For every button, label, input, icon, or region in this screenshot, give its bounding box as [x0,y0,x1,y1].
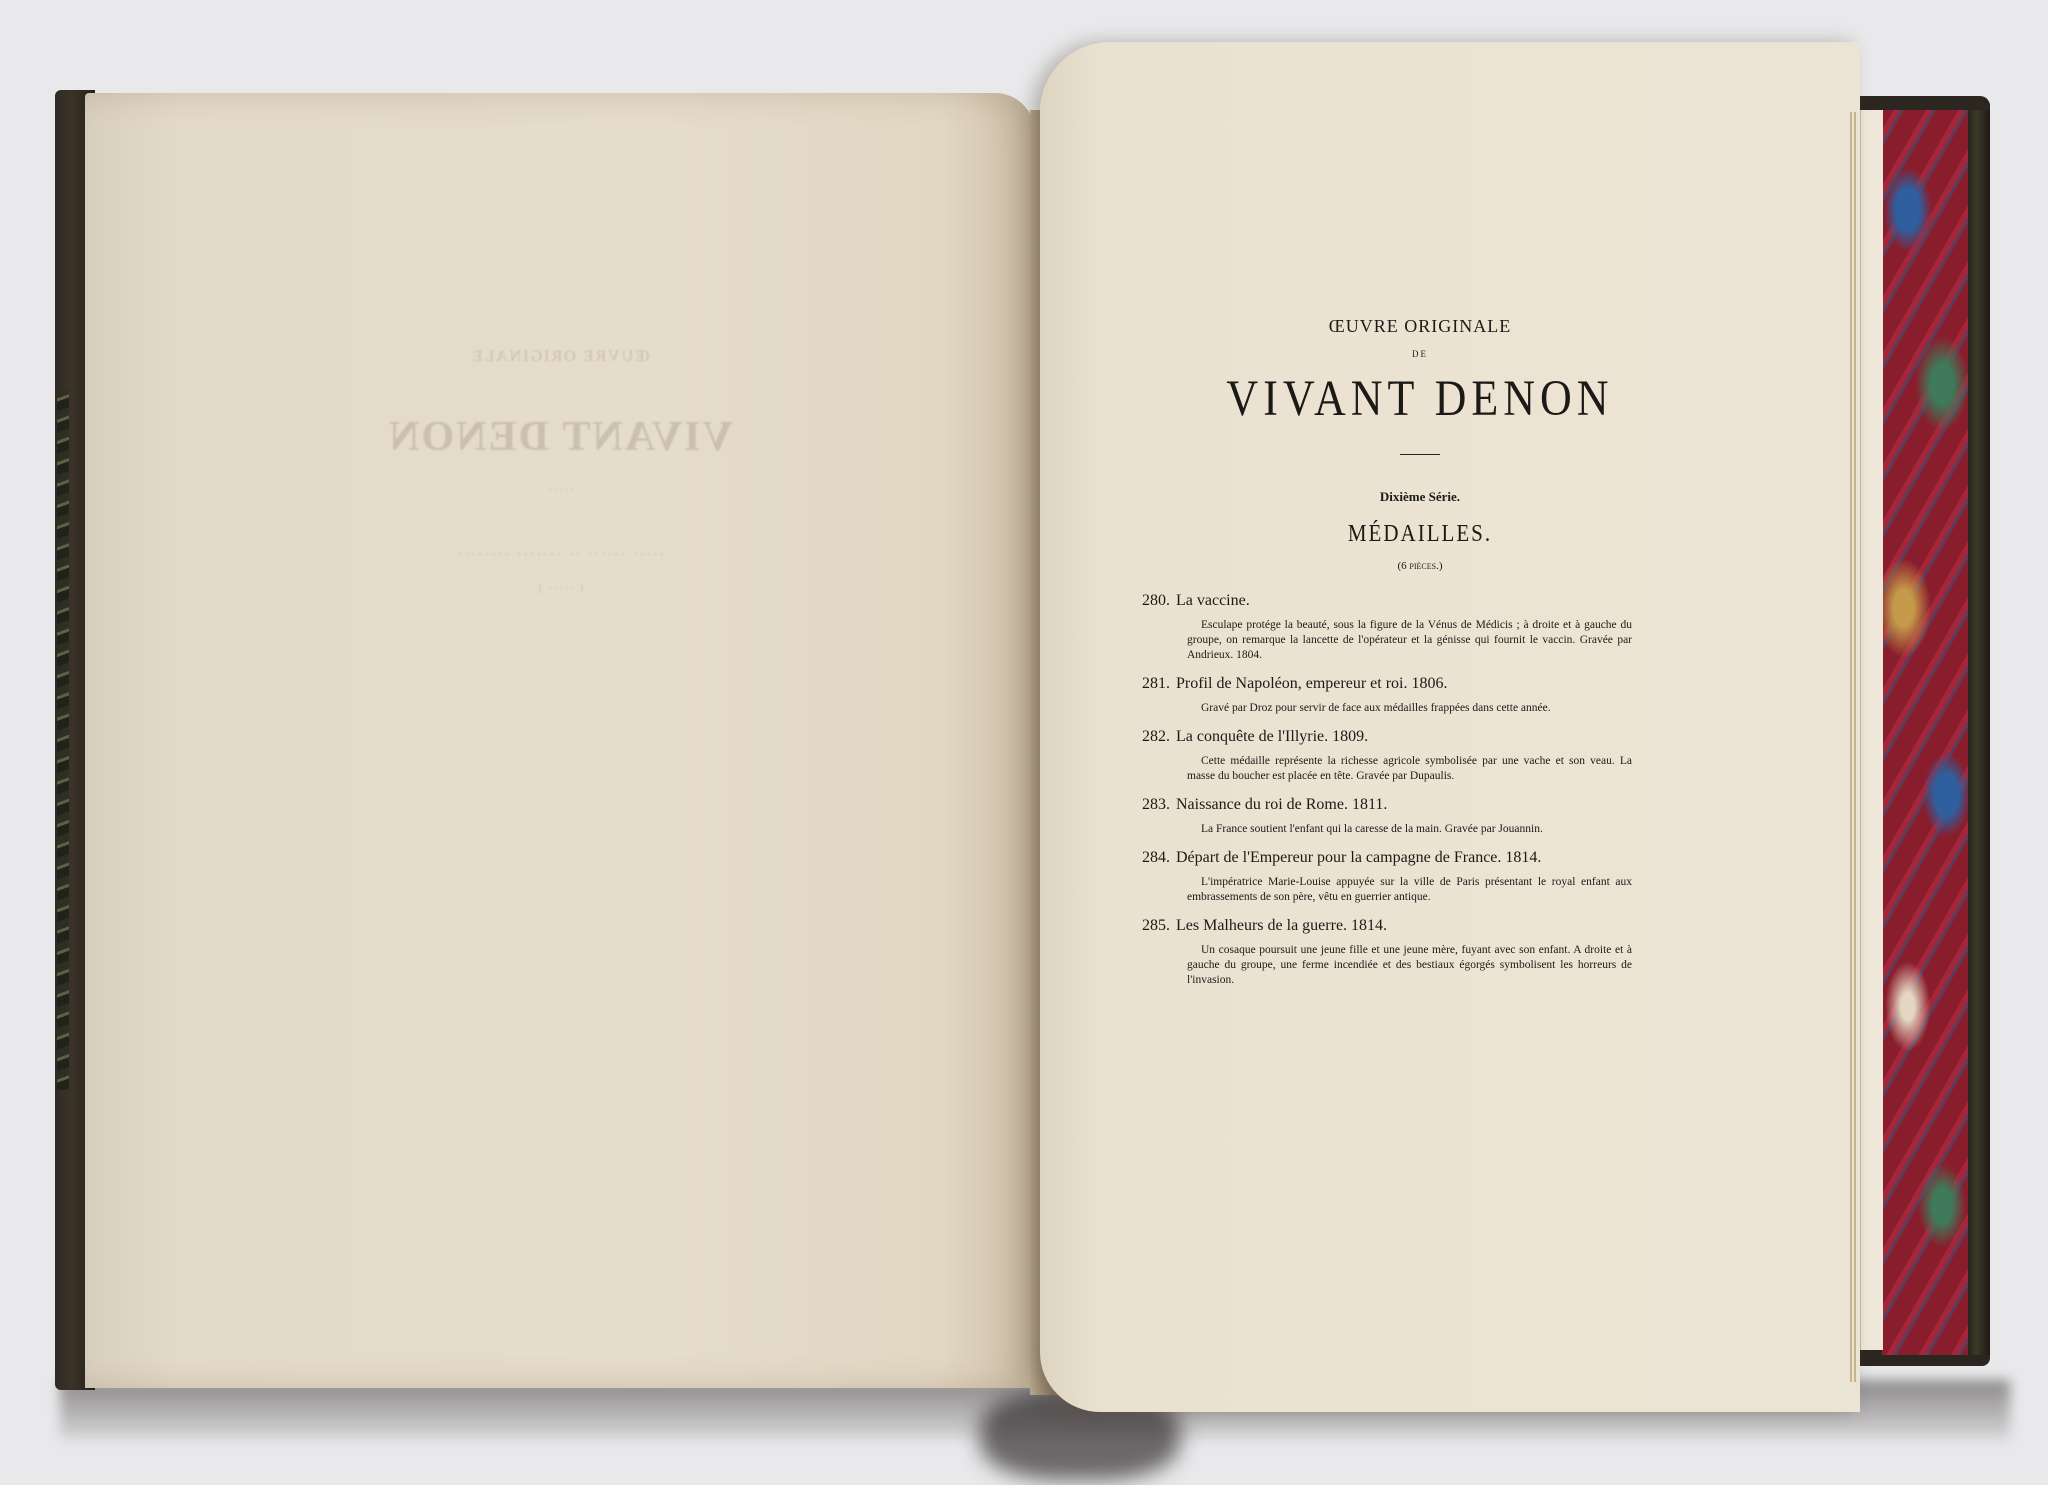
title-connector: DE [1200,349,1640,359]
catalogue-entries: 280.La vaccine. Esculape protége la beau… [1142,592,1632,1000]
page-title: VIVANT DENON [1200,369,1640,428]
left-page: ŒUVRE ORIGINALE VIVANT DENON ····· ·····… [85,93,1035,1388]
entry-number: 281. [1142,675,1170,692]
show-through-line: VIVANT DENON [85,413,1035,461]
entry-description: Cette médaille représente la richesse ag… [1142,754,1632,784]
entry-title: Naissance du roi de Rome. 1811. [1176,796,1387,813]
entry-description: La France soutient l'enfant qui la cares… [1142,822,1632,837]
entry-number: 280. [1142,592,1170,609]
entry-number: 285. [1142,917,1170,934]
title-divider [1400,454,1440,455]
entry-title: Profil de Napoléon, empereur et roi. 180… [1176,675,1447,692]
show-through-line: ( ····· ) [85,583,1035,594]
show-through-line: ····· [85,485,1035,496]
entry-title: Les Malheurs de la guerre. 1814. [1176,917,1387,934]
catalogue-entry: 282.La conquête de l'Illyrie. 1809. Cett… [1142,728,1632,784]
section-heading: MÉDAILLES. [1200,519,1640,548]
catalogue-entry: 280.La vaccine. Esculape protége la beau… [1142,592,1632,663]
series-heading: Dixième Série. [1200,489,1640,505]
show-through-line: ŒUVRE ORIGINALE [85,348,1035,366]
entry-number: 283. [1142,796,1170,813]
page-stack-edge [1860,110,1883,1350]
catalogue-entry: 283.Naissance du roi de Rome. 1811. La F… [1142,796,1632,837]
page-header: ŒUVRE ORIGINALE DE VIVANT DENON Dixième … [1140,316,1640,572]
entry-description: Gravé par Droz pour servir de face aux m… [1142,701,1632,716]
catalogue-entry: 284.Départ de l'Empereur pour la campagn… [1142,849,1632,905]
pretitle: ŒUVRE ORIGINALE [1200,316,1640,337]
entry-description: Esculape protége la beauté, sous la figu… [1142,618,1632,663]
marbled-endpaper [1882,110,1968,1355]
catalogue-entry: 281.Profil de Napoléon, empereur et roi.… [1142,675,1632,716]
entry-number: 282. [1142,728,1170,745]
entry-title: La conquête de l'Illyrie. 1809. [1176,728,1368,745]
page-fold-line [1850,112,1852,1382]
right-cover-spine-edge [1968,110,1990,1355]
page-fold-line [1854,112,1856,1382]
left-marble-edge [57,390,69,1090]
entry-description: Un cosaque poursuit une jeune fille et u… [1142,943,1632,988]
show-through-line: ····· ······ ·· ······· ········ [85,548,1035,564]
entry-number: 284. [1142,849,1170,866]
catalogue-entry: 285.Les Malheurs de la guerre. 1814. Un … [1142,917,1632,988]
entry-description: L'impératrice Marie-Louise appuyée sur l… [1142,875,1632,905]
entry-title: La vaccine. [1176,592,1250,609]
piece-count: (6 pièces.) [1200,560,1640,572]
entry-title: Départ de l'Empereur pour la campagne de… [1176,849,1541,866]
